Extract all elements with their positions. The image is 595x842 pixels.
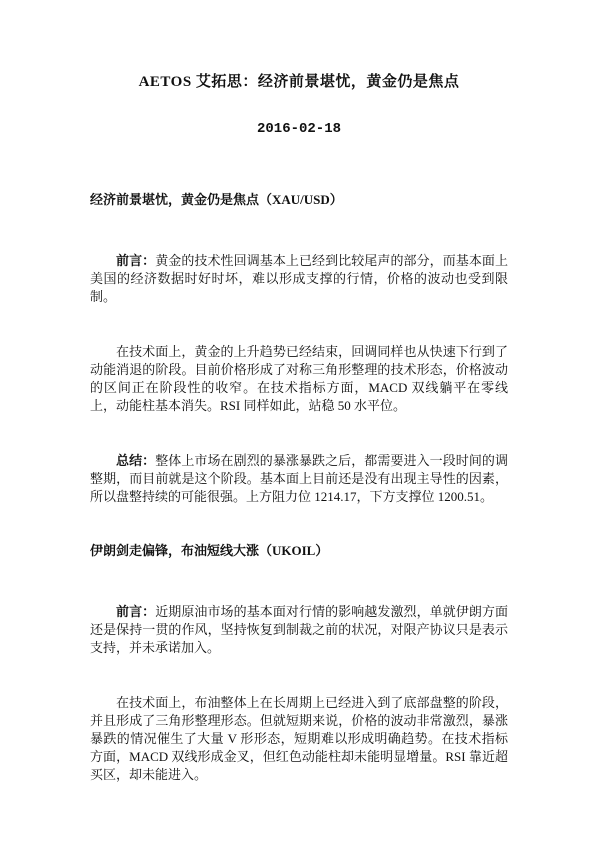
paragraph-foreword-gold: 前言：黄金的技术性回调基本上已经到比较尾声的部分，而基本面上美国的经济数据时好时…	[90, 252, 508, 306]
section-xauusd: 经济前景堪忧，黄金仍是焦点（XAU/USD） 前言：黄金的技术性回调基本上已经到…	[90, 189, 508, 506]
paragraph-summary-gold: 总结：整体上市场在剧烈的暴涨暴跌之后，都需要进入一段时间的调整期，而目前就是这个…	[90, 452, 508, 506]
paragraph-text: 在技术面上，黄金的上升趋势已经结束，回调同样也从快速下行到了动能消退的阶段。目前…	[90, 344, 508, 413]
paragraph-technical-oil: 在技术面上，布油整体上在长周期上已经进入到了底部盘整的阶段，并且形成了三角形整理…	[90, 694, 508, 784]
paragraph-lead: 总结：	[116, 453, 155, 468]
document-title: AETOS 艾拓思：经济前景堪忧，黄金仍是焦点	[90, 70, 508, 91]
document-page: AETOS 艾拓思：经济前景堪忧，黄金仍是焦点 2016-02-18 经济前景堪…	[0, 0, 595, 842]
paragraph-text: 在技术面上，布油整体上在长周期上已经进入到了底部盘整的阶段，并且形成了三角形整理…	[90, 695, 508, 782]
document-date: 2016-02-18	[90, 121, 508, 137]
section-ukoil: 伊朗剑走偏锋，布油短线大涨（UKOIL） 前言：近期原油市场的基本面对行情的影响…	[90, 540, 508, 784]
paragraph-lead: 前言：	[116, 253, 155, 268]
paragraph-lead: 前言：	[116, 604, 155, 619]
section-heading-xauusd: 经济前景堪忧，黄金仍是焦点（XAU/USD）	[90, 189, 508, 208]
paragraph-technical-gold: 在技术面上，黄金的上升趋势已经结束，回调同样也从快速下行到了动能消退的阶段。目前…	[90, 343, 508, 415]
section-heading-ukoil: 伊朗剑走偏锋，布油短线大涨（UKOIL）	[90, 540, 508, 559]
paragraph-foreword-oil: 前言：近期原油市场的基本面对行情的影响越发激烈，单就伊朗方面还是保持一贯的作风，…	[90, 603, 508, 657]
